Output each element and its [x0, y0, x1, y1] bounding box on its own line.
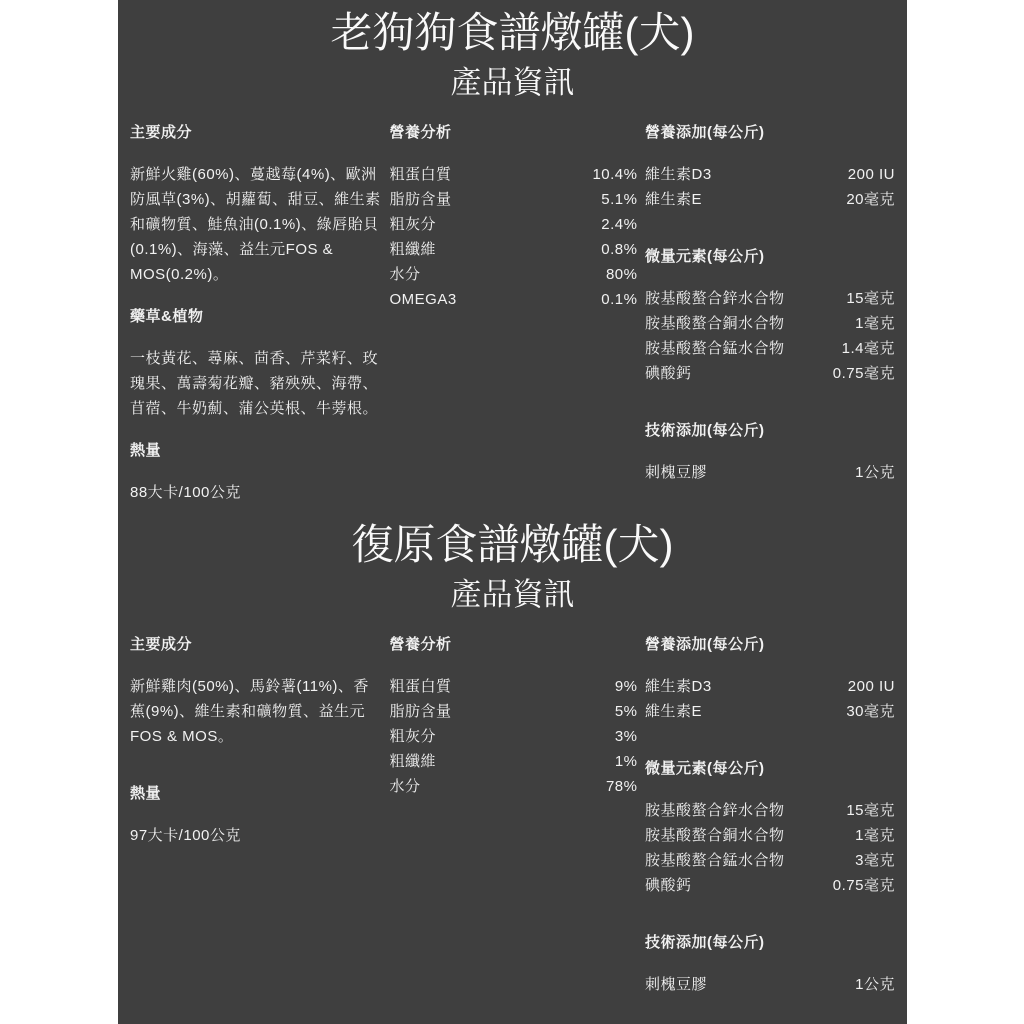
table-row: OMEGA30.1% [390, 287, 638, 312]
ingredients-heading: 主要成分 [130, 120, 382, 145]
row-label: 粗蛋白質 [390, 674, 452, 699]
ingredients-column: 主要成分 新鮮火雞(60%)、蔓越莓(4%)、歐洲防風草(3%)、胡蘿蔔、甜豆、… [130, 120, 382, 522]
product-section-recovery: 復原食譜燉罐(犬) 產品資訊 主要成分 新鮮雞肉(50%)、馬鈴薯(11%)、香… [130, 522, 895, 1014]
table-row: 粗灰分2.4% [390, 212, 638, 237]
page-title: 老狗狗食譜燉罐(犬) [130, 10, 895, 56]
row-label: 脂肪含量 [390, 699, 452, 724]
columns: 主要成分 新鮮雞肉(50%)、馬鈴薯(11%)、香蕉(9%)、維生素和礦物質、益… [130, 632, 895, 1014]
row-value: 1毫克 [855, 823, 895, 848]
table-row: 脂肪含量5.1% [390, 187, 638, 212]
table-row: 刺槐豆膠1公克 [645, 460, 895, 485]
row-label: 維生素D3 [645, 674, 712, 699]
row-label: 碘酸鈣 [645, 361, 692, 386]
table-row: 胺基酸螯合錳水合物3毫克 [645, 848, 895, 873]
additives-column: 營養添加(每公斤) 維生素D3200 IU 維生素E20毫克 微量元素(每公斤)… [645, 120, 895, 522]
table-row: 維生素D3200 IU [645, 674, 895, 699]
row-value: 0.1% [601, 287, 637, 312]
table-row: 粗蛋白質10.4% [390, 162, 638, 187]
row-value: 1公克 [855, 972, 895, 997]
analysis-heading: 營養分析 [390, 120, 638, 145]
row-label: 胺基酸螯合鋅水合物 [645, 286, 785, 311]
trace-heading: 微量元素(每公斤) [645, 756, 895, 781]
row-label: 胺基酸螯合錳水合物 [645, 336, 785, 361]
product-info-panel: 老狗狗食譜燉罐(犬) 產品資訊 主要成分 新鮮火雞(60%)、蔓越莓(4%)、歐… [118, 0, 907, 1024]
table-row: 胺基酸螯合銅水合物1毫克 [645, 823, 895, 848]
row-label: 粗纖維 [390, 237, 437, 262]
row-label: 粗蛋白質 [390, 162, 452, 187]
tech-heading: 技術添加(每公斤) [645, 930, 895, 955]
table-row: 粗蛋白質9% [390, 674, 638, 699]
page-subtitle: 產品資訊 [130, 66, 895, 100]
table-row: 維生素D3200 IU [645, 162, 895, 187]
row-value: 2.4% [601, 212, 637, 237]
table-row: 維生素E30毫克 [645, 699, 895, 724]
additives-rows: 維生素D3200 IU 維生素E20毫克 [645, 162, 895, 212]
calories-heading: 熱量 [130, 781, 382, 806]
row-value: 30毫克 [846, 699, 895, 724]
trace-heading: 微量元素(每公斤) [645, 244, 895, 269]
row-label: 維生素E [645, 699, 702, 724]
row-value: 200 IU [848, 162, 895, 187]
row-value: 15毫克 [846, 286, 895, 311]
tech-rows: 刺槐豆膠1公克 [645, 460, 895, 485]
table-row: 胺基酸螯合錳水合物1.4毫克 [645, 336, 895, 361]
additives-rows: 維生素D3200 IU 維生素E30毫克 [645, 674, 895, 724]
page-subtitle: 產品資訊 [130, 578, 895, 612]
row-value: 9% [615, 674, 638, 699]
row-label: 刺槐豆膠 [645, 460, 707, 485]
row-label: 粗纖維 [390, 749, 437, 774]
ingredients-heading: 主要成分 [130, 632, 382, 657]
table-row: 粗纖維1% [390, 749, 638, 774]
row-label: 脂肪含量 [390, 187, 452, 212]
row-label: 胺基酸螯合鋅水合物 [645, 798, 785, 823]
row-value: 80% [606, 262, 638, 287]
row-value: 0.8% [601, 237, 637, 262]
row-value: 0.75毫克 [833, 361, 895, 386]
row-value: 1毫克 [855, 311, 895, 336]
row-label: OMEGA3 [390, 287, 457, 312]
ingredients-text: 新鮮雞肉(50%)、馬鈴薯(11%)、香蕉(9%)、維生素和礦物質、益生元FOS… [130, 674, 382, 749]
row-value: 5% [615, 699, 638, 724]
ingredients-column: 主要成分 新鮮雞肉(50%)、馬鈴薯(11%)、香蕉(9%)、維生素和礦物質、益… [130, 632, 382, 1014]
additives-column: 營養添加(每公斤) 維生素D3200 IU 維生素E30毫克 微量元素(每公斤)… [645, 632, 895, 1014]
table-row: 刺槐豆膠1公克 [645, 972, 895, 997]
row-value: 3% [615, 724, 638, 749]
table-row: 胺基酸螯合鋅水合物15毫克 [645, 286, 895, 311]
herbs-text: 一枝黃花、蕁麻、茴香、芹菜籽、玫瑰果、萬壽菊花瓣、豬殃殃、海帶、苜蓿、牛奶薊、蒲… [130, 346, 382, 421]
table-row: 粗灰分3% [390, 724, 638, 749]
row-value: 1% [615, 749, 638, 774]
row-value: 1.4毫克 [842, 336, 895, 361]
table-row: 碘酸鈣0.75毫克 [645, 361, 895, 386]
row-label: 刺槐豆膠 [645, 972, 707, 997]
analysis-rows: 粗蛋白質10.4% 脂肪含量5.1% 粗灰分2.4% 粗纖維0.8% 水分80%… [390, 162, 638, 312]
analysis-column: 營養分析 粗蛋白質10.4% 脂肪含量5.1% 粗灰分2.4% 粗纖維0.8% … [390, 120, 638, 522]
row-value: 3毫克 [855, 848, 895, 873]
table-row: 胺基酸螯合鋅水合物15毫克 [645, 798, 895, 823]
row-value: 0.75毫克 [833, 873, 895, 898]
row-label: 碘酸鈣 [645, 873, 692, 898]
analysis-heading: 營養分析 [390, 632, 638, 657]
page-title: 復原食譜燉罐(犬) [130, 522, 895, 568]
row-label: 維生素D3 [645, 162, 712, 187]
table-row: 粗纖維0.8% [390, 237, 638, 262]
row-value: 10.4% [592, 162, 637, 187]
row-value: 1公克 [855, 460, 895, 485]
row-value: 5.1% [601, 187, 637, 212]
table-row: 碘酸鈣0.75毫克 [645, 873, 895, 898]
row-label: 胺基酸螯合銅水合物 [645, 823, 785, 848]
additives-heading: 營養添加(每公斤) [645, 120, 895, 145]
row-label: 胺基酸螯合銅水合物 [645, 311, 785, 336]
calories-heading: 熱量 [130, 438, 382, 463]
row-label: 維生素E [645, 187, 702, 212]
analysis-rows: 粗蛋白質9% 脂肪含量5% 粗灰分3% 粗纖維1% 水分78% [390, 674, 638, 799]
row-label: 水分 [390, 262, 421, 287]
analysis-column: 營養分析 粗蛋白質9% 脂肪含量5% 粗灰分3% 粗纖維1% 水分78% [390, 632, 638, 1014]
columns: 主要成分 新鮮火雞(60%)、蔓越莓(4%)、歐洲防風草(3%)、胡蘿蔔、甜豆、… [130, 120, 895, 522]
herbs-heading: 藥草&植物 [130, 304, 382, 329]
table-row: 胺基酸螯合銅水合物1毫克 [645, 311, 895, 336]
row-label: 胺基酸螯合錳水合物 [645, 848, 785, 873]
calories-value: 97大卡/100公克 [130, 823, 382, 848]
row-label: 粗灰分 [390, 724, 437, 749]
row-label: 水分 [390, 774, 421, 799]
row-value: 20毫克 [846, 187, 895, 212]
row-value: 78% [606, 774, 638, 799]
trace-rows: 胺基酸螯合鋅水合物15毫克 胺基酸螯合銅水合物1毫克 胺基酸螯合錳水合物3毫克 … [645, 798, 895, 898]
table-row: 水分78% [390, 774, 638, 799]
additives-heading: 營養添加(每公斤) [645, 632, 895, 657]
tech-rows: 刺槐豆膠1公克 [645, 972, 895, 997]
trace-rows: 胺基酸螯合鋅水合物15毫克 胺基酸螯合銅水合物1毫克 胺基酸螯合錳水合物1.4毫… [645, 286, 895, 386]
row-value: 200 IU [848, 674, 895, 699]
table-row: 維生素E20毫克 [645, 187, 895, 212]
ingredients-text: 新鮮火雞(60%)、蔓越莓(4%)、歐洲防風草(3%)、胡蘿蔔、甜豆、維生素和礦… [130, 162, 382, 287]
table-row: 水分80% [390, 262, 638, 287]
row-value: 15毫克 [846, 798, 895, 823]
row-label: 粗灰分 [390, 212, 437, 237]
calories-value: 88大卡/100公克 [130, 480, 382, 505]
table-row: 脂肪含量5% [390, 699, 638, 724]
product-section-senior-dog: 老狗狗食譜燉罐(犬) 產品資訊 主要成分 新鮮火雞(60%)、蔓越莓(4%)、歐… [130, 10, 895, 522]
tech-heading: 技術添加(每公斤) [645, 418, 895, 443]
